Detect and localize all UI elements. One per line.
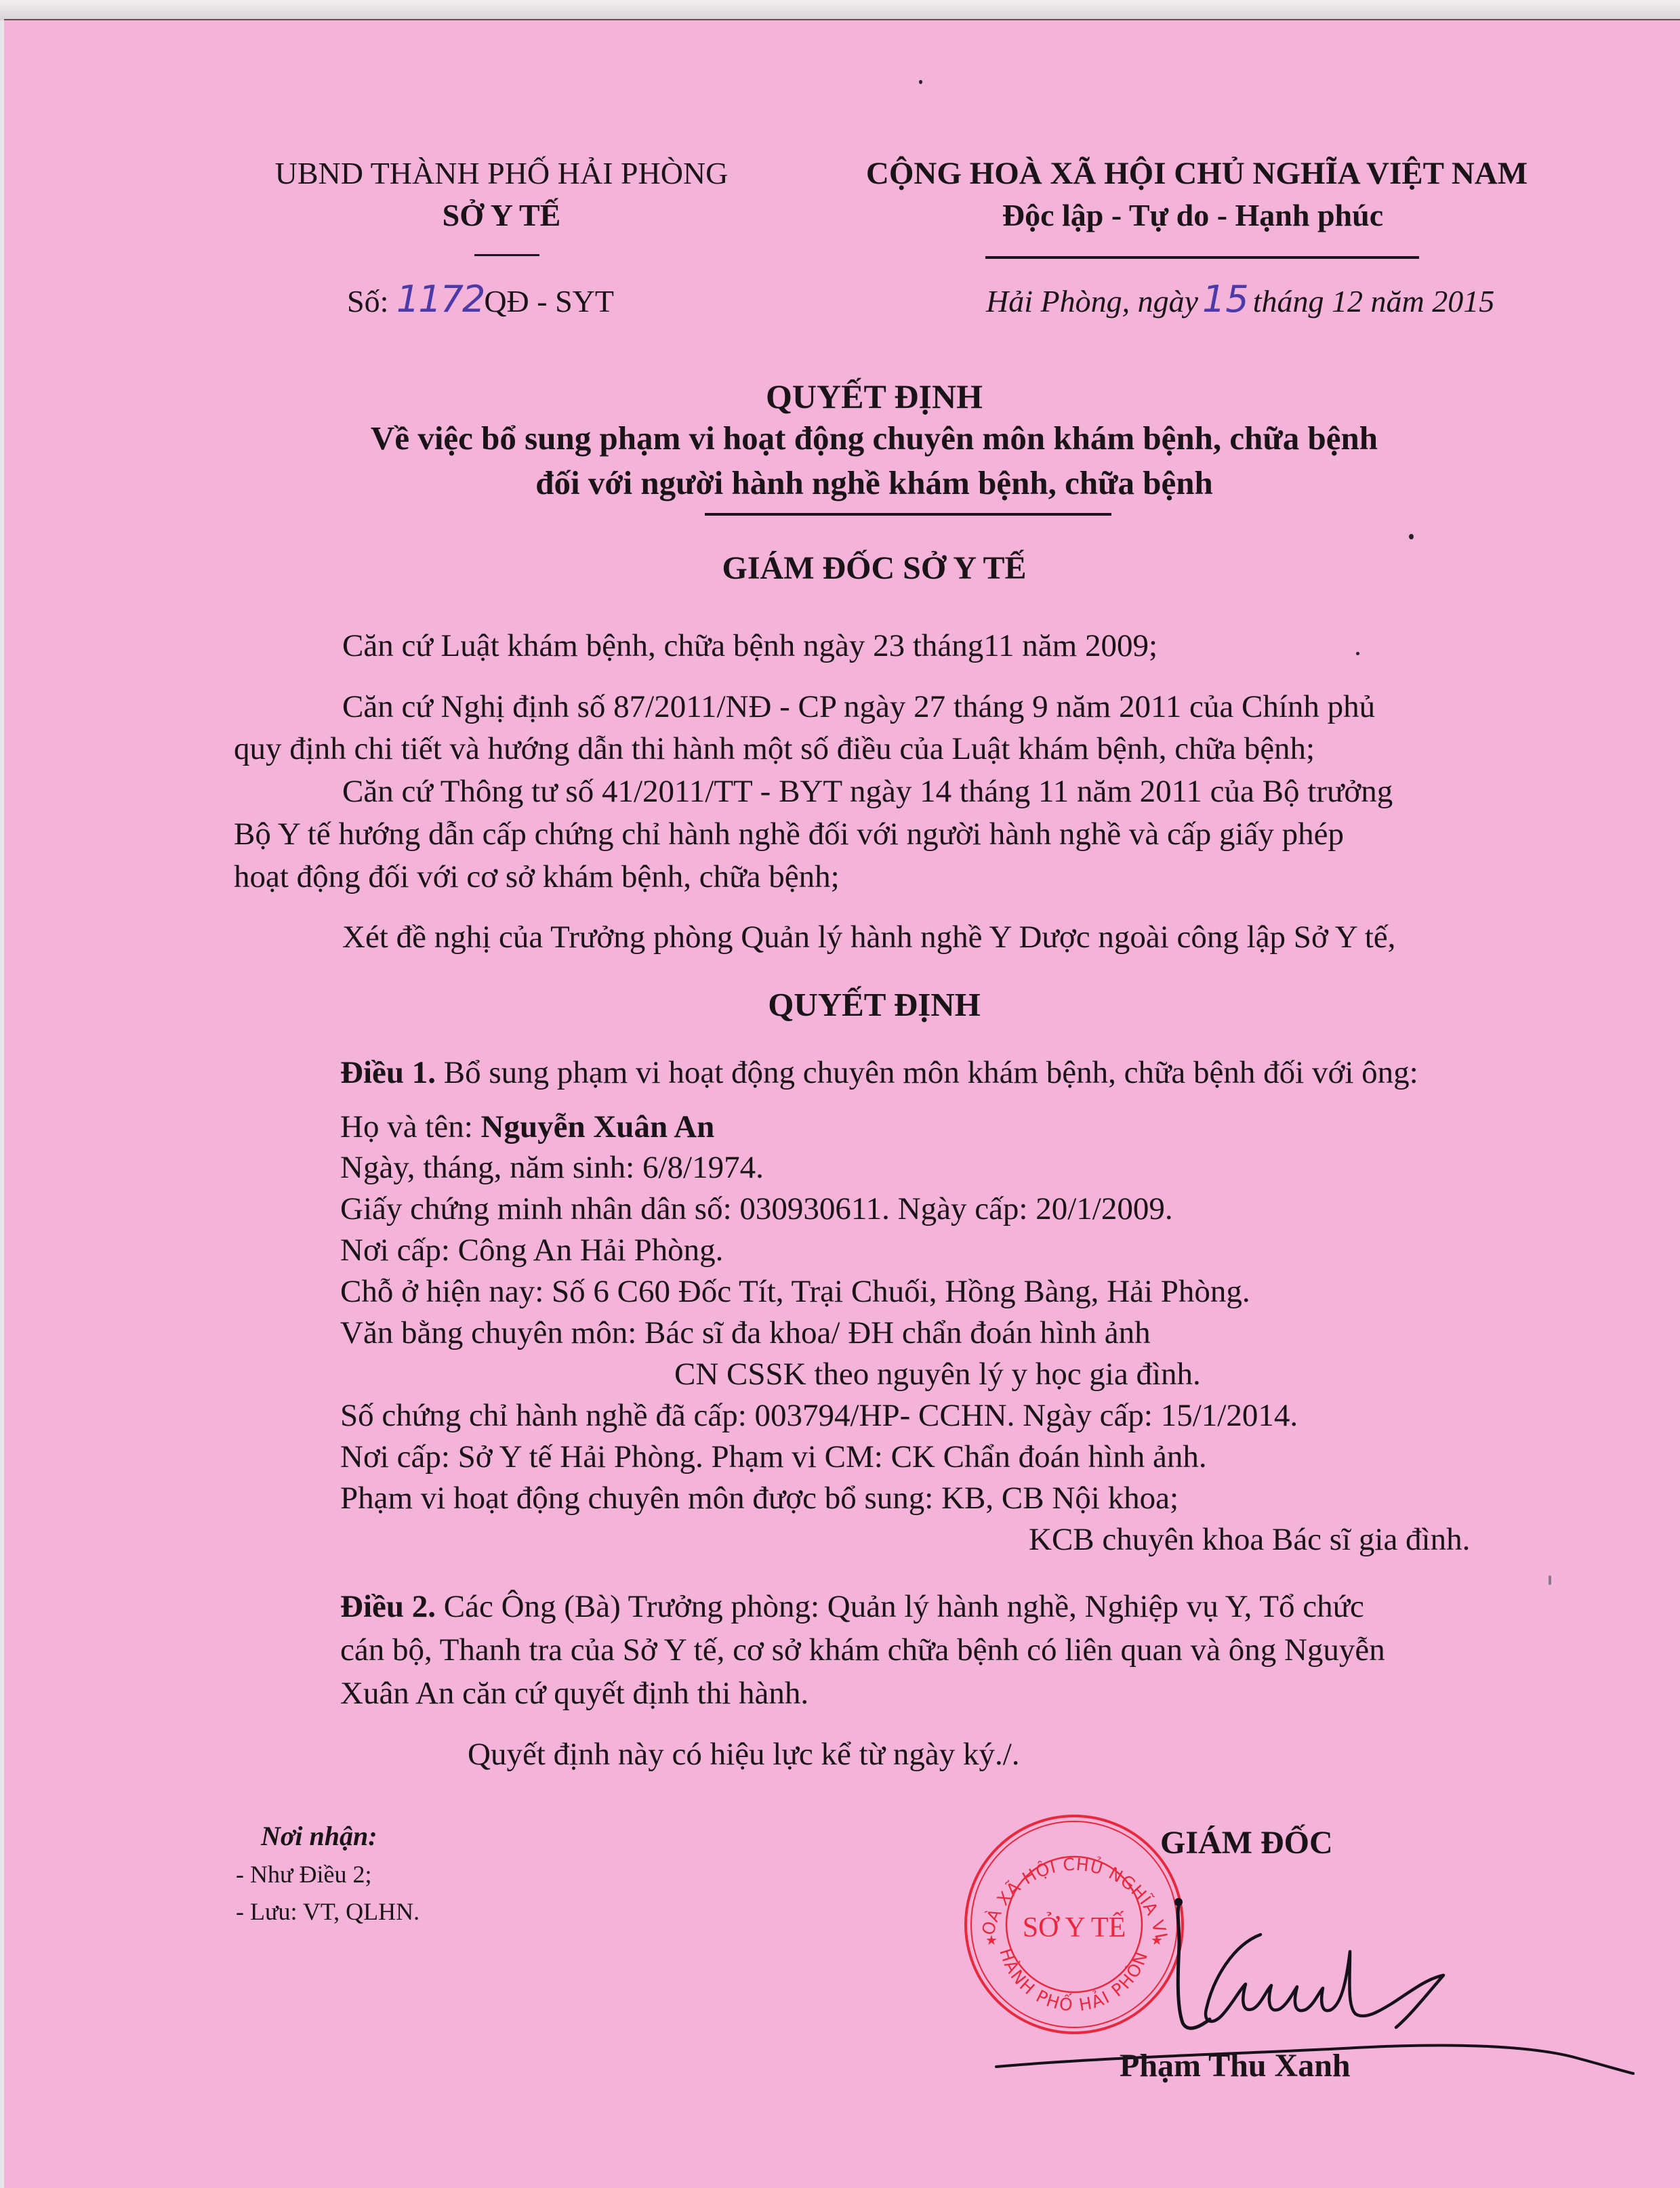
document-subject-line2: đối với người hành nghề khám bệnh, chữa …: [535, 466, 1213, 499]
person-name: Nguyễn Xuân An: [481, 1109, 715, 1144]
scan-speck: [1549, 1575, 1551, 1585]
preamble-circular-line2: Bộ Y tế hướng dẫn cấp chứng chỉ hành ngh…: [234, 819, 1344, 850]
department-name: SỞ Y TẾ: [443, 200, 561, 231]
preamble-law: Căn cứ Luật khám bệnh, chữa bệnh ngày 23…: [342, 630, 1157, 662]
preamble-decree-line1: Căn cứ Nghị định số 87/2011/NĐ - CP ngày…: [342, 691, 1375, 723]
issuing-authority: UBND THÀNH PHỐ HẢI PHÒNG: [275, 158, 729, 189]
recipient-item: - Lưu: VT, QLHN.: [236, 1899, 419, 1924]
handwritten-day: 15: [1202, 278, 1249, 321]
preamble-decree-line2: quy định chi tiết và hướng dẫn thi hành …: [234, 733, 1315, 765]
decision-heading: QUYẾT ĐỊNH: [768, 988, 981, 1021]
handwritten-number: 1172: [396, 278, 484, 321]
id-card: Giấy chứng minh nhân dân số: 030930611. …: [340, 1193, 1173, 1225]
document-subject-line1: Về việc bổ sung phạm vi hoạt động chuyên…: [371, 421, 1378, 455]
date-suffix: tháng 12 năm 2015: [1253, 284, 1495, 318]
signatory-title: GIÁM ĐỐC: [1160, 1827, 1333, 1859]
preamble-circular-line1: Căn cứ Thông tư số 41/2011/TT - BYT ngày…: [342, 776, 1393, 808]
recipient-item: - Như Điều 2;: [236, 1862, 371, 1886]
article2-line3: Xuân An căn cứ quyết định thi hành.: [340, 1678, 808, 1710]
added-scope-line2: KCB chuyên khoa Bác sĩ gia đình.: [1029, 1524, 1470, 1556]
certificate-issuer: Nơi cấp: Sở Y tế Hải Phòng. Phạm vi CM: …: [340, 1441, 1207, 1473]
header-right-rule: [985, 256, 1419, 259]
scan-speck: [919, 80, 922, 84]
document-type: QUYẾT ĐỊNH: [766, 379, 983, 413]
article1-label: Điều 1.: [340, 1055, 436, 1090]
preamble-proposal: Xét đề nghị của Trưởng phòng Quản lý hàn…: [342, 922, 1395, 953]
degree-line2: CN CSSK theo nguyên lý y học gia đình.: [674, 1359, 1201, 1390]
scan-speck: [1409, 534, 1414, 539]
number-suffix: QĐ - SYT: [484, 284, 614, 318]
number-prefix: Số:: [347, 284, 388, 318]
article2-line2: cán bộ, Thanh tra của Sở Y tế, cơ sở khá…: [340, 1634, 1385, 1666]
practice-certificate: Số chứng chỉ hành nghề đã cấp: 003794/HP…: [340, 1400, 1298, 1432]
effective-clause: Quyết định này có hiệu lực kể từ ngày ký…: [468, 1739, 1020, 1771]
header-left-rule: [474, 254, 539, 256]
added-scope-line1: Phạm vi hoạt động chuyên môn được bổ sun…: [340, 1483, 1179, 1514]
preamble-circular-line3: hoạt động đối với cơ sở khám bệnh, chữa …: [234, 861, 840, 893]
date-prefix: Hải Phòng, ngày: [986, 284, 1198, 318]
recipients-heading: Nơi nhận:: [261, 1823, 377, 1850]
id-issuer: Nơi cấp: Công An Hải Phòng.: [340, 1235, 723, 1266]
article2-label: Điều 2.: [340, 1589, 436, 1624]
scanner-edge: [0, 0, 1680, 20]
article2-line1: Điều 2. Các Ông (Bà) Trưởng phòng: Quản …: [340, 1591, 1364, 1623]
article2-text: Các Ông (Bà) Trưởng phòng: Quản lý hành …: [444, 1589, 1364, 1624]
document-number: Số: 1172QĐ - SYT: [347, 281, 614, 318]
scan-speck: [1356, 652, 1359, 655]
article1-intro: Điều 1. Bổ sung phạm vi hoạt động chuyên…: [340, 1057, 1418, 1089]
country-name: CỘNG HOÀ XÃ HỘI CHỦ NGHĨA VIỆT NAM: [866, 158, 1528, 190]
title-rule: [705, 513, 1111, 516]
signer-name: Phạm Thu Xanh: [1120, 2050, 1351, 2082]
person-name-row: Họ và tên: Nguyễn Xuân An: [340, 1111, 714, 1143]
article1-text: Bổ sung phạm vi hoạt động chuyên môn khá…: [444, 1055, 1418, 1090]
degree-line1: Văn bằng chuyên môn: Bác sĩ đa khoa/ ĐH …: [340, 1317, 1151, 1349]
date-of-birth: Ngày, tháng, năm sinh: 6/8/1974.: [340, 1152, 764, 1184]
address: Chỗ ở hiện nay: Số 6 C60 Đốc Tít, Trại C…: [340, 1276, 1250, 1308]
national-motto: Độc lập - Tự do - Hạnh phúc: [1002, 200, 1383, 231]
name-label: Họ và tên:: [340, 1109, 473, 1144]
place-date: Hải Phòng, ngày15tháng 12 năm 2015: [986, 281, 1494, 318]
authority-title: GIÁM ĐỐC SỞ Y TẾ: [722, 552, 1027, 585]
